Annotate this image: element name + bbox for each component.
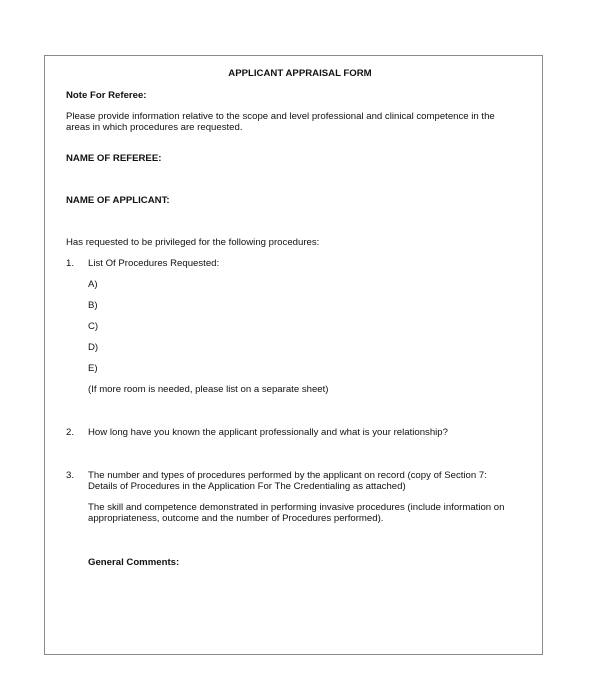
note-heading: Note For Referee: xyxy=(66,90,147,101)
procedure-item-d-label: D) xyxy=(88,342,98,353)
question-3-number: 3. xyxy=(66,470,74,481)
note-text-line-1: Please provide information relative to t… xyxy=(66,111,495,122)
question-2-text: How long have you known the applicant pr… xyxy=(88,427,448,438)
procedure-item-b-field[interactable] xyxy=(108,298,548,312)
applicant-label: NAME OF APPLICANT: xyxy=(66,195,170,206)
question-1-text: List Of Procedures Requested: xyxy=(88,258,219,269)
question-3-subtext-line-1: The skill and competence demonstrated in… xyxy=(88,502,504,513)
question-2-number: 2. xyxy=(66,427,74,438)
procedure-item-a-label: A) xyxy=(88,279,98,290)
note-text-line-2: areas in which procedures are requested. xyxy=(66,122,243,133)
question-3-subtext-line-2: appropriateness, outcome and the number … xyxy=(88,513,383,524)
referee-label: NAME OF REFEREE: xyxy=(66,153,161,164)
procedure-item-d-field[interactable] xyxy=(108,340,548,354)
procedure-item-c-field[interactable] xyxy=(108,319,548,333)
general-comments-label: General Comments: xyxy=(88,557,179,568)
procedure-item-e-label: E) xyxy=(88,363,98,374)
privilege-intro: Has requested to be privileged for the f… xyxy=(66,237,319,248)
procedure-item-a-field[interactable] xyxy=(108,277,548,291)
applicant-field[interactable] xyxy=(66,210,536,224)
procedures-overflow-note: (If more room is needed, please list on … xyxy=(88,384,329,395)
general-comments-field[interactable] xyxy=(88,574,528,644)
referee-field[interactable] xyxy=(66,168,536,182)
procedure-item-e-field[interactable] xyxy=(108,361,548,375)
question-3-text-line-2: Details of Procedures in the Application… xyxy=(88,481,406,492)
procedure-item-c-label: C) xyxy=(88,321,98,332)
question-1-number: 1. xyxy=(66,258,74,269)
question-3-text-line-1: The number and types of procedures perfo… xyxy=(88,470,487,481)
form-title: APPLICANT APPRAISAL FORM xyxy=(0,68,600,79)
procedure-item-b-label: B) xyxy=(88,300,98,311)
